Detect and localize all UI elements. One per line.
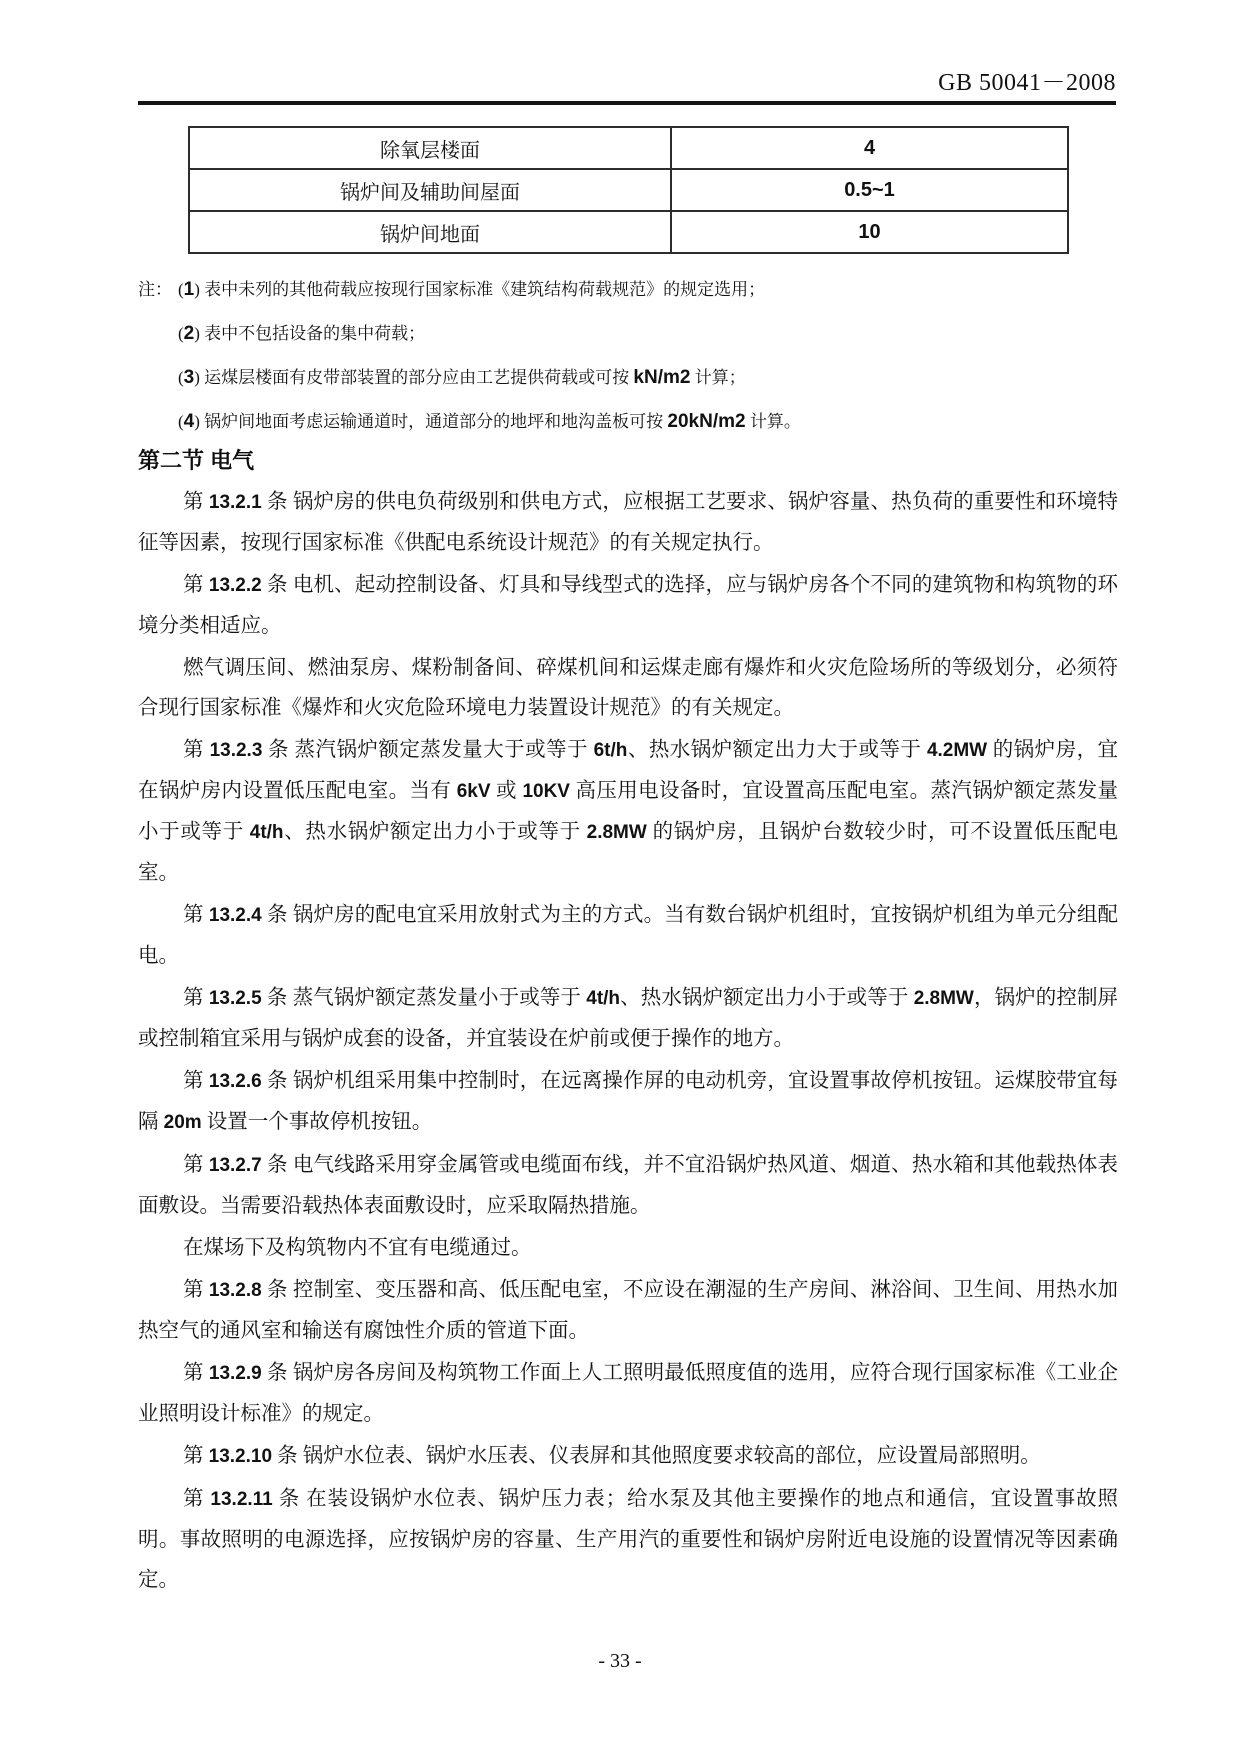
note-text: (4) 锅炉间地面考虑运输通道时，通道部分的地坪和地沟盖板可按 20kN/m2 …	[178, 400, 1118, 444]
table-cell-label: 锅炉间地面	[189, 211, 671, 253]
table-row: 锅炉间及辅助间屋面 0.5~1	[189, 169, 1068, 211]
table-cell-value: 4	[671, 127, 1068, 169]
load-table: 除氧层楼面 4 锅炉间及辅助间屋面 0.5~1 锅炉间地面 10	[188, 126, 1069, 254]
note-label-spacer	[138, 356, 178, 400]
note-item: (4) 锅炉间地面考虑运输通道时，通道部分的地坪和地沟盖板可按 20kN/m2 …	[138, 400, 1118, 444]
document-page: GB 50041－2008 除氧层楼面 4 锅炉间及辅助间屋面 0.5~1 锅炉…	[0, 0, 1240, 1754]
table-cell-value: 10	[671, 211, 1068, 253]
page-number: - 33 -	[0, 1648, 1240, 1674]
table-row: 除氧层楼面 4	[189, 127, 1068, 169]
table-cell-label: 锅炉间及辅助间屋面	[189, 169, 671, 211]
paragraph-13-2-6: 第 13.2.6 条 锅炉机组采用集中控制时，在远离操作屏的电动机旁，宜设置事故…	[138, 1061, 1118, 1143]
header-divider-rule	[138, 101, 1116, 105]
standard-code: GB 50041－2008	[138, 70, 1116, 96]
note-label-spacer	[138, 312, 178, 356]
paragraph-13-2-8: 第 13.2.8 条 控制室、变压器和高、低压配电室，不应设在潮湿的生产房间、淋…	[138, 1270, 1118, 1351]
note-text: (1) 表中未列的其他荷载应按现行国家标准《建筑结构荷载规范》的规定选用；	[178, 268, 1118, 312]
paragraph-13-2-4: 第 13.2.4 条 锅炉房的配电宜采用放射式为主的方式。当有数台锅炉机组时，宜…	[138, 895, 1118, 976]
paragraph-13-2-5: 第 13.2.5 条 蒸气锅炉额定蒸发量小于或等于 4t/h、热水锅炉额定出力小…	[138, 978, 1118, 1059]
note-text: (2) 表中不包括设备的集中荷载；	[178, 312, 1118, 356]
note-label: 注：	[138, 268, 178, 312]
note-item: (2) 表中不包括设备的集中荷载；	[138, 312, 1118, 356]
paragraph-13-2-1: 第 13.2.1 条 锅炉房的供电负荷级别和供电方式，应根据工艺要求、锅炉容量、…	[138, 482, 1118, 563]
table-cell-value: 0.5~1	[671, 169, 1068, 211]
paragraph-13-2-7: 第 13.2.7 条 电气线路采用穿金属管或电缆面布线，并不宜沿锅炉热风道、烟道…	[138, 1145, 1118, 1226]
note-label-spacer	[138, 400, 178, 444]
paragraph-13-2-3: 第 13.2.3 条 蒸汽锅炉额定蒸发量大于或等于 6t/h、热水锅炉额定出力大…	[138, 730, 1118, 893]
note-text: (3) 运煤层楼面有皮带部装置的部分应由工艺提供荷载或可按 kN/m2 计算；	[178, 356, 1118, 400]
paragraph-13-2-9: 第 13.2.9 条 锅炉房各房间及构筑物工作面上人工照明最低照度值的选用，应符…	[138, 1353, 1118, 1434]
note-item: 注： (1) 表中未列的其他荷载应按现行国家标准《建筑结构荷载规范》的规定选用；	[138, 268, 1118, 312]
notes-block: 注： (1) 表中未列的其他荷载应按现行国家标准《建筑结构荷载规范》的规定选用；…	[138, 268, 1118, 444]
paragraph-13-2-10: 第 13.2.10 条 锅炉水位表、锅炉水压表、仪表屏和其他照度要求较高的部位，…	[138, 1436, 1118, 1477]
table-cell-label: 除氧层楼面	[189, 127, 671, 169]
section-heading: 第二节 电气	[138, 446, 1118, 476]
paragraph-cable-under-coalyard: 在煤场下及构筑物内不宜有电缆通过。	[138, 1228, 1118, 1268]
page-content: 除氧层楼面 4 锅炉间及辅助间屋面 0.5~1 锅炉间地面 10 注： (1) …	[138, 126, 1118, 1602]
paragraph-13-2-2: 第 13.2.2 条 电机、起动控制设备、灯具和导线型式的选择，应与锅炉房各个不…	[138, 565, 1118, 646]
table-row: 锅炉间地面 10	[189, 211, 1068, 253]
paragraph-13-2-11: 第 13.2.11 条 在装设锅炉水位表、锅炉压力表；给水泵及其他主要操作的地点…	[138, 1479, 1118, 1600]
note-item: (3) 运煤层楼面有皮带部装置的部分应由工艺提供荷载或可按 kN/m2 计算；	[138, 356, 1118, 400]
paragraph-hazard-classification: 燃气调压间、燃油泵房、煤粉制备间、碎煤机间和运煤走廊有爆炸和火灾危险场所的等级划…	[138, 648, 1118, 728]
body-text: 第 13.2.1 条 锅炉房的供电负荷级别和供电方式，应根据工艺要求、锅炉容量、…	[138, 482, 1118, 1600]
